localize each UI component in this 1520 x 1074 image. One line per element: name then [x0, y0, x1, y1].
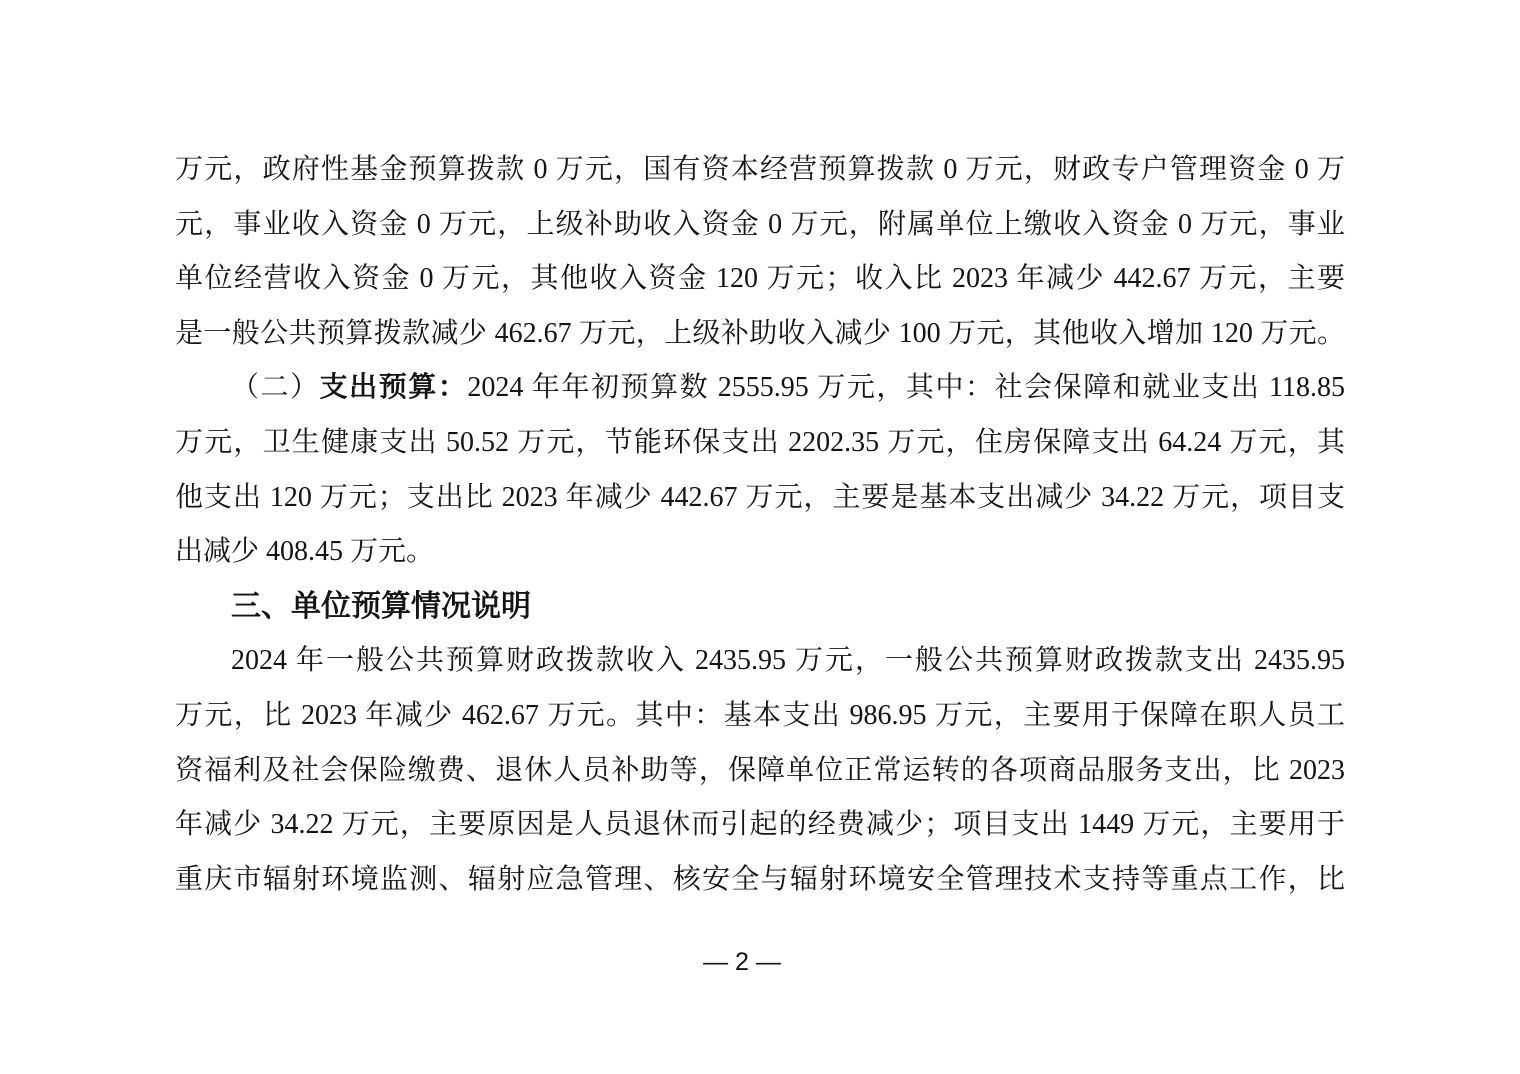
- text-line: 他支出 120 万元；支出比 2023 年减少 442.67 万元，主要是基本支…: [175, 471, 1345, 526]
- text-line: 万元，政府性基金预算拨款 0 万元，国有资本经营预算拨款 0 万元，财政专户管理…: [175, 143, 1345, 198]
- text-line: 元，事业收入资金 0 万元，上级补助收入资金 0 万元，附属单位上缴收入资金 0…: [175, 198, 1345, 253]
- text-line-expenditure-budget: （二）支出预算：2024 年年初预算数 2555.95 万元，其中：社会保障和就…: [175, 361, 1345, 416]
- text-line: 2024 年一般公共预算财政拨款收入 2435.95 万元，一般公共预算财政拨款…: [175, 634, 1345, 689]
- document-body: 万元，政府性基金预算拨款 0 万元，国有资本经营预算拨款 0 万元，财政专户管理…: [175, 143, 1345, 977]
- text-line: 是一般公共预算拨款减少 462.67 万元，上级补助收入减少 100 万元，其他…: [175, 307, 1345, 362]
- text-segment: 2024 年年初预算数 2555.95 万元，其中：社会保障和就业支出 118.…: [467, 372, 1345, 403]
- list-marker: （二）: [231, 372, 320, 403]
- text-line: 万元，卫生健康支出 50.52 万元，节能环保支出 2202.35 万元，住房保…: [175, 416, 1345, 471]
- text-line: 年减少 34.22 万元，主要原因是人员退休而引起的经费减少；项目支出 1449…: [175, 798, 1345, 853]
- text-line: 单位经营收入资金 0 万元，其他收入资金 120 万元；收入比 2023 年减少…: [175, 252, 1345, 307]
- text-line: 出减少 408.45 万元。: [175, 525, 1345, 580]
- text-line: 重庆市辐射环境监测、辐射应急管理、核安全与辐射环境安全管理技术支持等重点工作，比: [175, 853, 1345, 908]
- page-number: — 2 —: [157, 948, 1327, 977]
- text-line: 资福利及社会保险缴费、退休人员补助等，保障单位正常运转的各项商品服务支出，比 2…: [175, 744, 1345, 799]
- paragraph-label: 支出预算：: [320, 372, 468, 403]
- text-line: 万元，比 2023 年减少 462.67 万元。其中：基本支出 986.95 万…: [175, 689, 1345, 744]
- document-page: 万元，政府性基金预算拨款 0 万元，国有资本经营预算拨款 0 万元，财政专户管理…: [0, 0, 1520, 1074]
- section-heading: 三、单位预算情况说明: [175, 580, 1345, 635]
